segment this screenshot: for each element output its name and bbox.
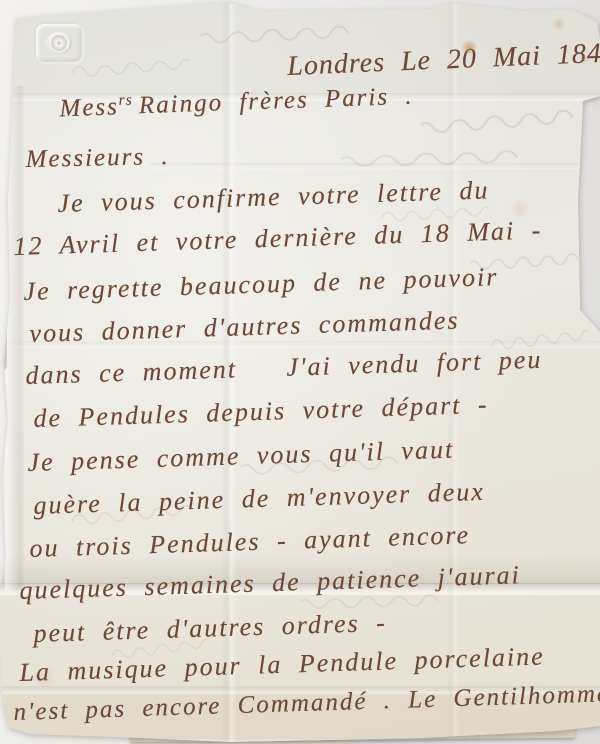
letter-paper: Londres Le 20 Mai 1840 MessrsRaingo frèr… (0, 0, 600, 744)
fold-crease-horizontal-2 (150, 163, 600, 169)
embossed-seal-icon (36, 24, 82, 62)
letter-line: guère la peine de m'envoyer deux (33, 478, 485, 521)
letter-line: Je vous confirme votre lettre du (57, 176, 490, 218)
photo-background: Londres Le 20 Mai 1840 MessrsRaingo frèr… (0, 0, 600, 744)
letter-line: Je regrette beaucoup de ne pouvoir (23, 263, 499, 306)
addressee-prefix: Mess (59, 93, 119, 122)
addressee-superscript: rs (118, 91, 133, 108)
salutation-line: Messieurs . (25, 143, 169, 174)
letter-line: 12 Avril et votre dernière du 18 Mai - (13, 216, 543, 261)
paper-edge-damage (0, 328, 7, 370)
letter-line: peut être d'autres ordres - (33, 609, 387, 649)
letter-line: Je pense comme vous qu'il vaut (27, 436, 455, 478)
letter-line: de Pendules depuis votre départ - (33, 391, 489, 434)
paper-sheet: Londres Le 20 Mai 1840 MessrsRaingo frèr… (0, 0, 600, 744)
letter-line: dans ce moment J'ai vendu fort peu (25, 346, 543, 391)
bleedthrough-ink-squiggle (419, 103, 576, 140)
left-edge-fold (5, 86, 25, 591)
letter-line: La musique pour la Pendule porcelaine (19, 643, 545, 688)
